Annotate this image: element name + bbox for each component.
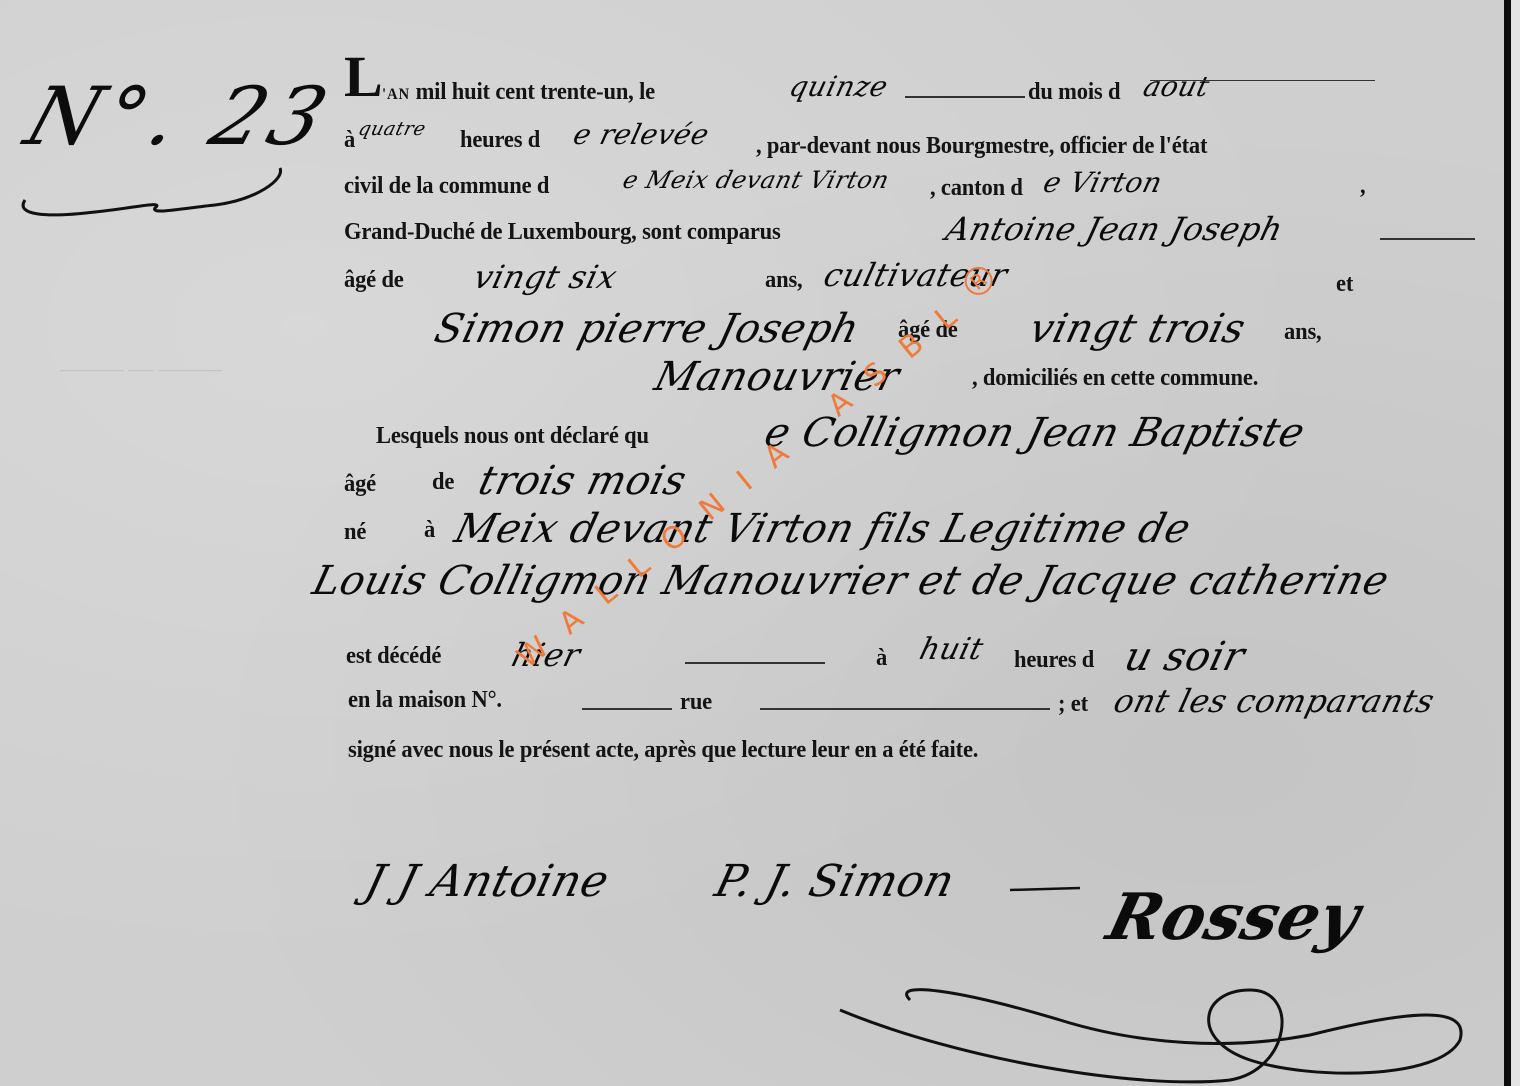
hand-witness-2: Simon pierre Joseph: [430, 306, 864, 352]
printed-text: ,: [1360, 172, 1365, 200]
printed-text: Grand-Duché de Luxembourg, sont comparus: [344, 218, 781, 246]
printed-text: à: [344, 126, 355, 154]
hand-witness-1: Antoine Jean Joseph: [942, 210, 1287, 248]
printed-text: en la maison N°.: [348, 686, 502, 714]
fill-rule: [760, 708, 1050, 710]
printed-text: ; et: [1058, 690, 1088, 718]
signature-underline: [1010, 880, 1090, 900]
fill-rule: [1380, 238, 1475, 240]
printed-text: âgé de: [344, 266, 404, 294]
hand-note: ont les comparants: [1110, 682, 1439, 720]
hand-parents: Louis Colligmon Manouvrier et de Jacque …: [308, 558, 1394, 604]
printed-text: du mois d: [1028, 78, 1120, 106]
printed-text: heures d: [1014, 646, 1094, 674]
printed-text: âgé: [344, 470, 376, 498]
bourgmestre-flourish: [810, 950, 1470, 1080]
hand-hour-death: huit: [916, 632, 987, 667]
printed-text: heures d: [460, 126, 540, 154]
printed-line-1: 'AN mil huit cent trente-un, le: [382, 78, 655, 106]
hand-period: e relevée: [570, 118, 713, 151]
printed-text: ans,: [765, 266, 802, 294]
printed-text: mil huit cent trente-un, le: [416, 78, 655, 105]
printed-text: Lesquels nous ont déclaré qu: [376, 422, 649, 450]
printed-text: de: [432, 468, 454, 496]
printed-text: signé avec nous le présent acte, après q…: [348, 736, 978, 764]
fill-rule: [1150, 80, 1375, 81]
hand-month: aout: [1140, 70, 1213, 103]
page-margin-strip: [1511, 0, 1520, 1086]
printed-text: civil de la commune d: [344, 172, 549, 200]
hand-birthplace: Meix devant Virton fils Legitime de: [450, 506, 1195, 552]
fill-rule: [685, 662, 825, 664]
hand-commune: e Meix devant Virton: [620, 166, 892, 194]
printed-text: à: [424, 516, 435, 544]
hand-day: quinze: [786, 70, 892, 103]
printed-text: , canton d: [930, 174, 1023, 202]
record-number-flourish: [15, 160, 295, 230]
dropcap-letter: L: [344, 48, 383, 106]
fill-rule: [905, 96, 1025, 98]
signature-witness-2: P. J. Simon: [710, 856, 960, 907]
smallcaps-an: 'AN: [382, 86, 410, 103]
printed-text: et: [1336, 270, 1353, 298]
hand-canton: e Virton: [1040, 166, 1166, 199]
page-binding-edge: [1504, 0, 1511, 1086]
printed-text: rue: [680, 688, 712, 716]
fill-rule: [582, 708, 672, 710]
hand-age-1: vingt six: [470, 258, 621, 296]
record-number: N°. 23: [15, 70, 344, 163]
signature-witness-1: J J Antoine: [360, 856, 614, 907]
printed-text: à: [876, 644, 887, 672]
bleed-through-text: ───── ── ─────: [60, 360, 222, 381]
hand-age-2: vingt trois: [1025, 306, 1250, 352]
printed-text: né: [344, 518, 366, 546]
hand-age-deceased: trois mois: [474, 458, 691, 504]
hand-hour: quatre: [356, 118, 428, 140]
signature-bourgmestre: Rossey: [1100, 880, 1368, 955]
hand-period-death: u soir: [1120, 634, 1249, 680]
printed-text: , domiciliés en cette commune.: [972, 364, 1258, 392]
printed-text: , par-devant nous Bourgmestre, officier …: [756, 132, 1207, 160]
printed-text: est décédé: [346, 642, 441, 670]
printed-text: ans,: [1284, 318, 1321, 346]
